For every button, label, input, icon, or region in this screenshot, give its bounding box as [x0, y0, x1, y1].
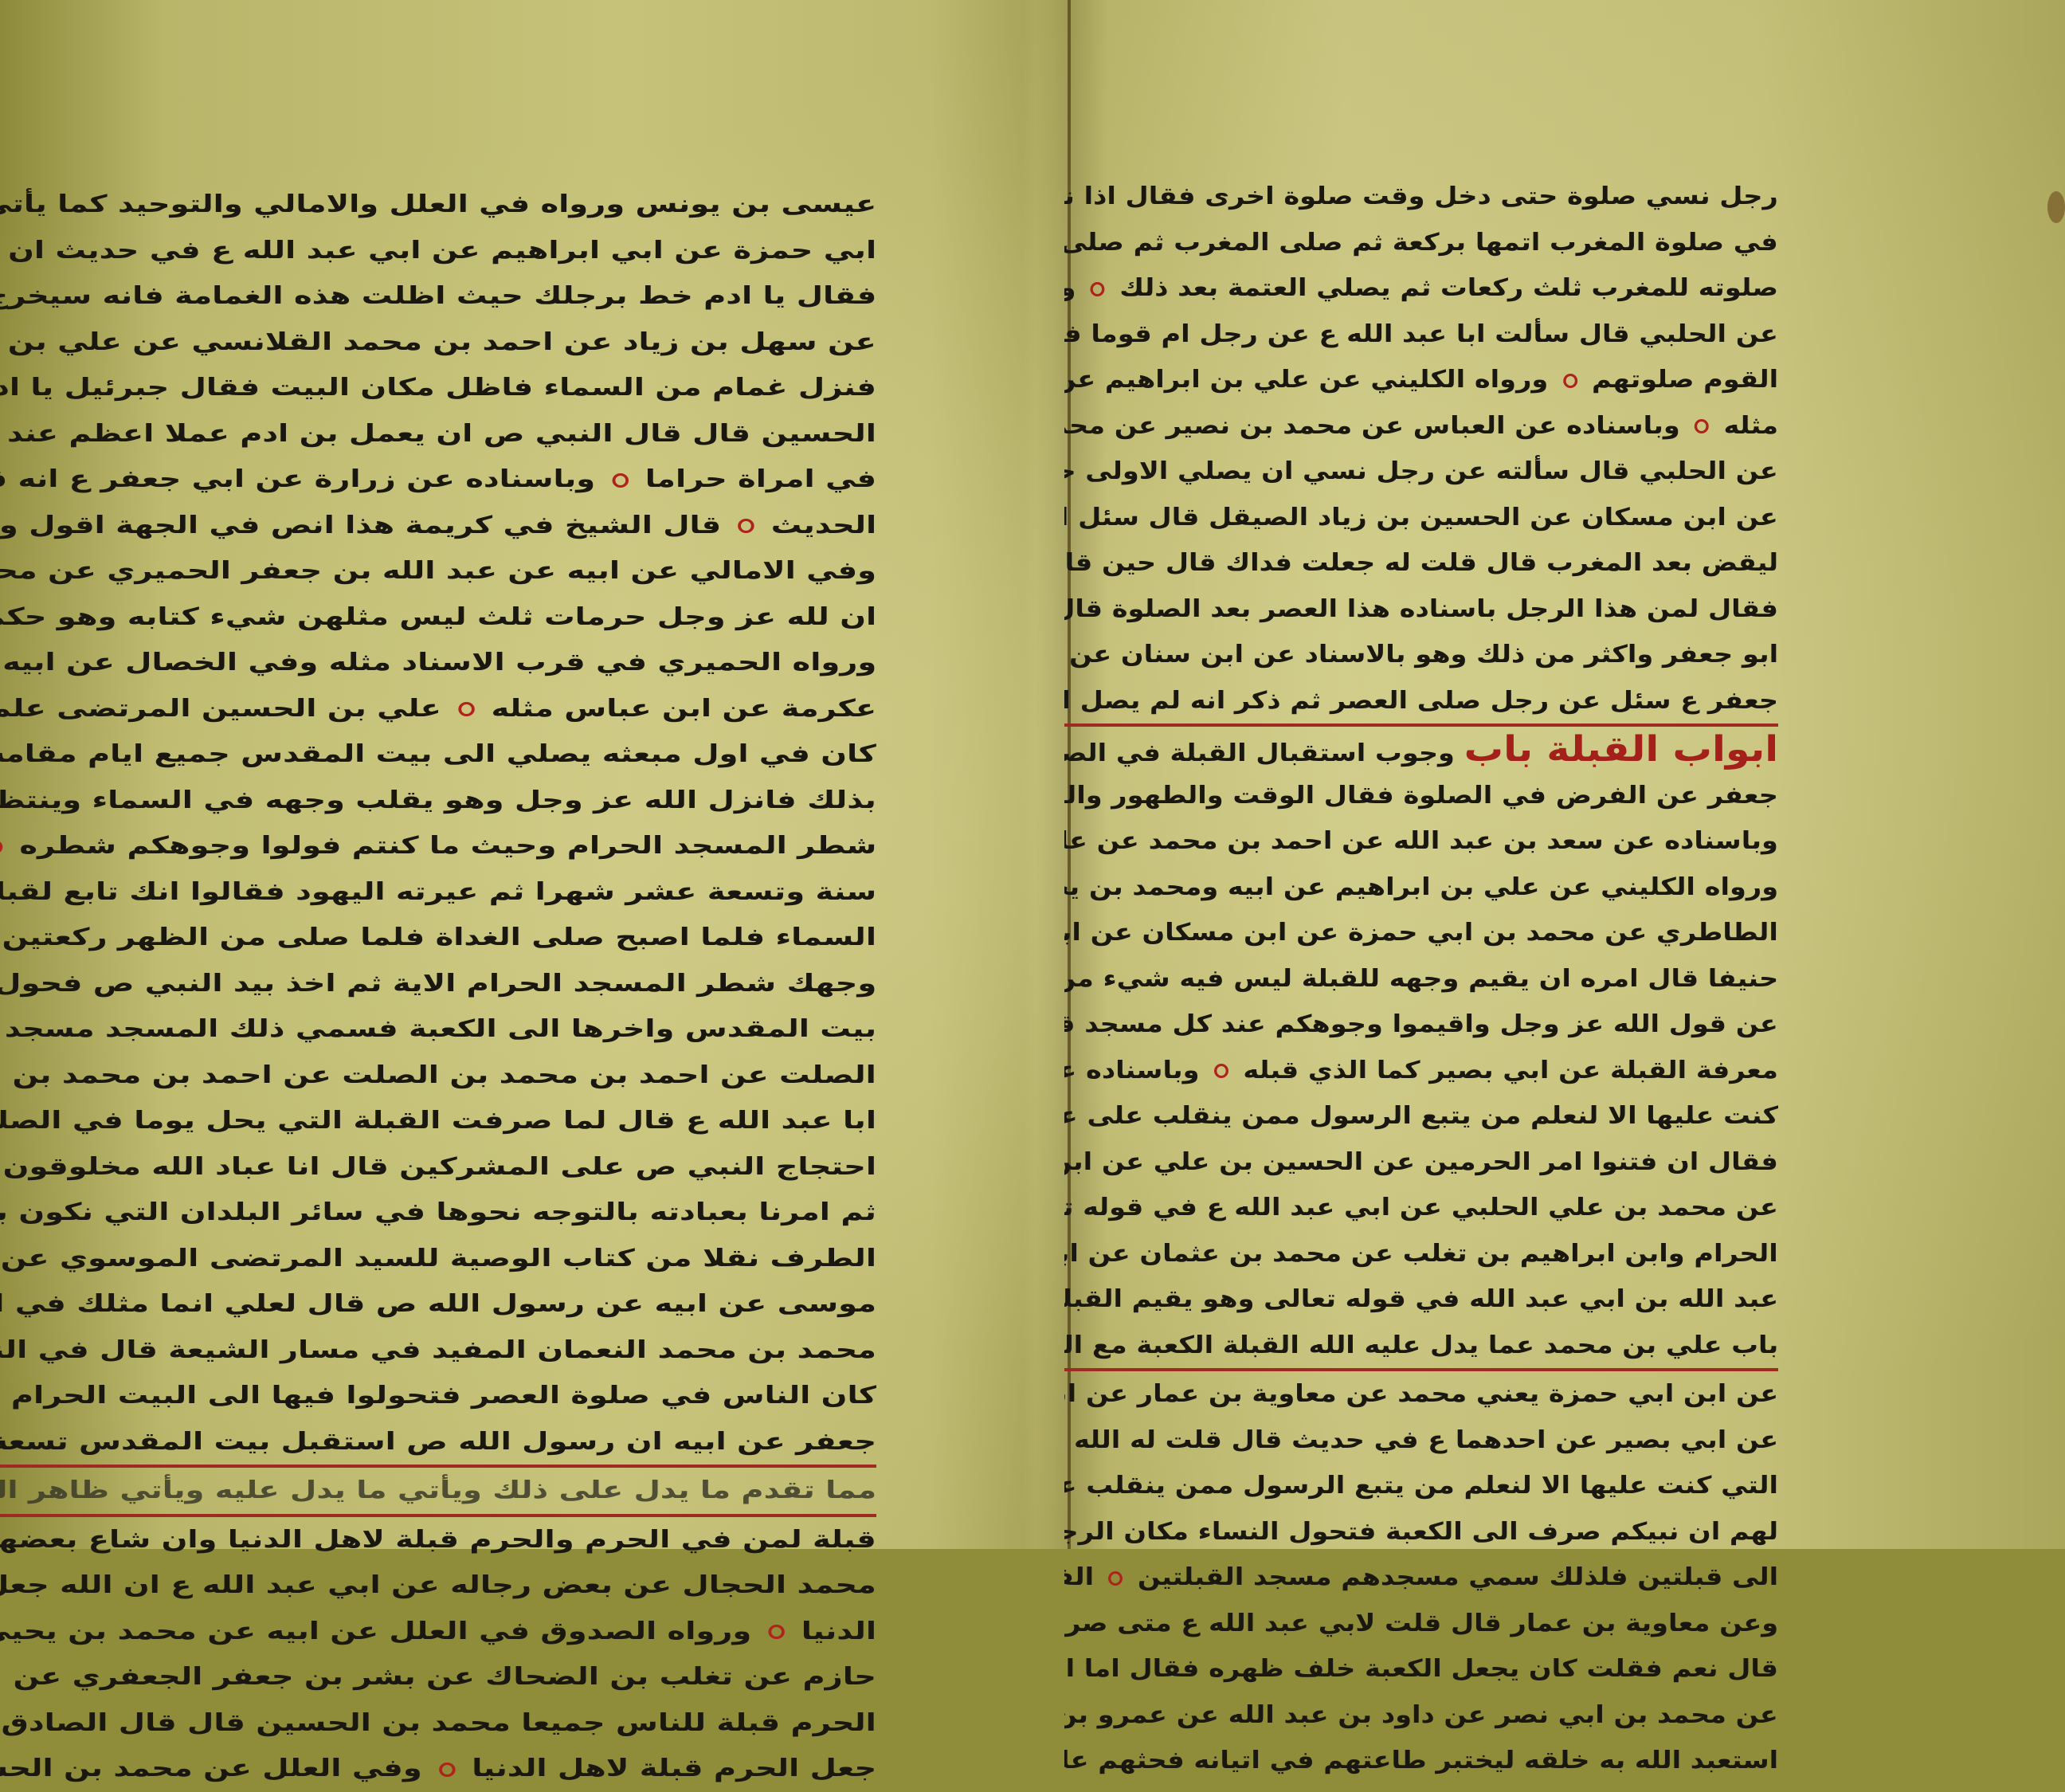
manuscript-line: بيت المقدس واخرها الى الكعبة فسمي ذلك ال…: [0, 1006, 876, 1053]
manuscript-line: الطرف نقلا من كتاب الوصية للسيد المرتضى …: [0, 1236, 876, 1282]
manuscript-line: فقال يا ادم خط برجلك حيث اظلت هذه الغمام…: [0, 273, 876, 320]
red-section-marker-icon: [1695, 419, 1709, 433]
manuscript-line: لهم ان نبيكم صرف الى الكعبة فتحول النساء…: [1064, 1509, 1778, 1550]
red-section-marker-icon: [1091, 282, 1105, 296]
manuscript-line: ورواه الكليني عن علي بن ابراهيم عن ابيه …: [1064, 865, 1778, 911]
manuscript-line: الحسين قال قال النبي ص ان يعمل بن ادم عم…: [0, 411, 876, 457]
manuscript-line: وفي الامالي عن ابيه عن عبد الله بن جعفر …: [0, 548, 876, 594]
manuscript-line: عن ابي بصير عن احدهما ع في حديث قال قلت …: [1064, 1418, 1778, 1464]
manuscript-line: الحديث قال الشيخ في كريمة هذا انص في الج…: [0, 503, 876, 549]
red-section-marker-icon: [1214, 1064, 1228, 1078]
manuscript-line: فقال لمن هذا الرجل باسناده هذا العصر بعد…: [1064, 586, 1778, 633]
manuscript-line: عن الحلبي قال سألت ابا عبد الله ع عن رجل…: [1064, 312, 1778, 358]
manuscript-line: مثله وباسناده عن العباس عن محمد بن نصير …: [1064, 403, 1778, 449]
manuscript-line: في صلوة المغرب اتمها بركعة ثم صلى المغرب…: [1064, 220, 1778, 266]
manuscript-line: موسى عن ابيه عن رسول الله ص قال لعلي انم…: [0, 1281, 876, 1327]
red-section-marker-icon: [1563, 374, 1577, 388]
manuscript-line: كنت عليها الا لنعلم من يتبع الرسول ممن ي…: [1064, 1093, 1778, 1139]
manuscript-line: عيسى بن يونس ورواه في العلل والامالي وال…: [0, 182, 876, 228]
red-section-marker-icon: [612, 473, 628, 488]
manuscript-line: التي كنت عليها الا لنعلم من يتبع الرسول …: [1064, 1463, 1778, 1509]
manuscript-line: سنة وتسعة عشر شهرا ثم عيرته اليهود فقالو…: [0, 869, 876, 916]
manuscript-line: جعفر ع سئل عن رجل صلى العصر ثم ذكر انه ل…: [1064, 678, 1778, 727]
manuscript-line: مما تقدم ما يدل على ذلك ويأتي ما يدل علي…: [0, 1468, 876, 1517]
manuscript-line: عبد الله بن ابي عبد الله في قوله تعالى و…: [1064, 1276, 1778, 1323]
rubric-heading: ابواب القبلة باب: [1464, 729, 1778, 770]
manuscript-line: عن ابن ابي حمزة يعني محمد عن معاوية بن ع…: [1064, 1371, 1778, 1418]
red-section-marker-icon: [0, 840, 2, 854]
manuscript-line: القوم صلوتهم ورواه الكليني عن علي بن ابر…: [1064, 357, 1778, 403]
manuscript-line: وباسناده عن سعد بن عبد الله عن احمد بن م…: [1064, 818, 1778, 865]
manuscript-line: في امراة حراما وباسناده عن زرارة عن ابي …: [0, 457, 876, 503]
manuscript-line: السماء فلما اصبح صلى الغداة فلما صلى من …: [0, 915, 876, 961]
manuscript-line: معرفة القبلة عن ابي بصير كما الذي قبله و…: [1064, 1048, 1778, 1094]
paper-stain: [2047, 191, 2065, 223]
manuscript-line: فنزل غمام من السماء فاظل مكان البيت فقال…: [0, 365, 876, 411]
manuscript-line: الحرام وابن ابراهيم بن تغلب عن محمد بن ع…: [1064, 1231, 1778, 1277]
manuscript-line: عن محمد بن علي الحلبي عن ابي عبد الله ع …: [1064, 1185, 1778, 1231]
manuscript-line: شطر المسجد الحرام وحيث ما كنتم فولوا وجو…: [0, 823, 876, 869]
manuscript-line: عن الحلبي قال سألته عن رجل نسي ان يصلي ا…: [1064, 449, 1778, 495]
manuscript-line: صلوته للمغرب ثلث ركعات ثم يصلي العتمة بع…: [1064, 265, 1778, 312]
manuscript-line: رجل نسي صلوة حتى دخل وقت صلوة اخرى فقال …: [1064, 174, 1778, 220]
manuscript-line: ابي حمزة عن ابي ابراهيم عن ابي عبد الله …: [0, 228, 876, 274]
manuscript-line: باب علي بن محمد عما يدل عليه الله القبلة…: [1064, 1323, 1778, 1372]
manuscript-line: ابو جعفر واكثر من ذلك وهو بالاسناد عن اب…: [1064, 632, 1778, 678]
manuscript-line: احتجاج النبي ص على المشركين قال انا عباد…: [0, 1144, 876, 1190]
manuscript-line: عن ابن مسكان عن الحسين بن زياد الصيقل قا…: [1064, 495, 1778, 541]
manuscript-line: الطاطري عن محمد بن ابي حمزة عن ابن مسكان…: [1064, 910, 1778, 956]
manuscript-line: ورواه الحميري في قرب الاسناد مثله وفي ال…: [0, 640, 876, 686]
manuscript-line: ان لله عز وجل حرمات ثلث ليس مثلهن شيء كت…: [0, 594, 876, 641]
manuscript-line: عكرمة عن ابن عباس مثله علي بن الحسين الم…: [0, 686, 876, 732]
manuscript-line: وجهك شطر المسجد الحرام الاية ثم اخذ بيد …: [0, 961, 876, 1007]
red-section-marker-icon: [738, 519, 754, 533]
manuscript-line: جعفر عن الفرض في الصلوة فقال الوقت والطه…: [1064, 773, 1778, 819]
manuscript-line: كان الناس في صلوة العصر فتحولوا فيها الى…: [0, 1373, 876, 1419]
manuscript-line: حنيفا قال امره ان يقيم وجهه للقبلة ليس ف…: [1064, 956, 1778, 1002]
manuscript-line: محمد بن محمد النعمان المفيد في مسار الشي…: [0, 1327, 876, 1374]
manuscript-line: كان في اول مبعثه يصلي الى بيت المقدس جمي…: [0, 731, 876, 778]
manuscript-line: فقال ان فتنوا امر الحرمين عن الحسين بن ع…: [1064, 1139, 1778, 1186]
manuscript-line: جعفر عن ابيه ان رسول الله ص استقبل بيت ا…: [0, 1419, 876, 1468]
manuscript-line: ليقض بعد المغرب قال قلت له جعلت فداك قال…: [1064, 540, 1778, 586]
manuscript-line: ابا عبد الله ع قال لما صرفت القبلة التي …: [0, 1098, 876, 1144]
right-page: رجل نسي صلوة حتى دخل وقت صلوة اخرى فقال …: [1141, 174, 1778, 1549]
red-section-marker-icon: [458, 702, 474, 716]
manuscript-line: عن سهل بن زياد عن احمد بن محمد القلانسي …: [0, 320, 876, 366]
manuscript-line: عن قول الله عز وجل واقيموا وجوهكم عند كل…: [1064, 1002, 1778, 1048]
manuscript-spread: عيسى بن يونس ورواه في العلل والامالي وال…: [0, 0, 2065, 1549]
manuscript-line: بذلك فانزل الله عز وجل وهو يقلب وجهه في …: [0, 778, 876, 824]
manuscript-line: ابواب القبلة باب وجوب استقبال القبلة في …: [1064, 727, 1778, 773]
left-page: عيسى بن يونس ورواه في العلل والامالي وال…: [191, 182, 876, 1549]
manuscript-line: ثم امرنا بعبادته بالتوجه نحوها في سائر ا…: [0, 1190, 876, 1236]
manuscript-line: الصلت عن احمد بن محمد بن الصلت عن احمد ب…: [0, 1053, 876, 1099]
manuscript-line: قبلة لمن في الحرم والحرم قبلة لاهل الدني…: [0, 1517, 876, 1550]
